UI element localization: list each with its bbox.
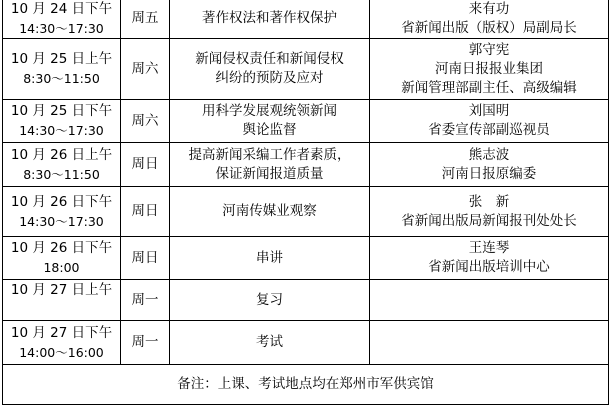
table-row: 10 月 24 日下午14:30～17:30 周五 著作权法和著作权保护 来有功… (3, 0, 609, 39)
table-row: 10 月 25 日上午8:30～11:50 周六 新闻侵权责任和新闻侵权纠纷的预… (3, 39, 609, 100)
lecturer-cell: 王连琴省新闻出版培训中心 (370, 237, 609, 280)
date-cell: 10 月 27 日下午14:00～16:00 (3, 321, 121, 365)
lecturer-cell: 郭守宪河南日报报业集团新闻管理部副主任、高级编辑 (370, 39, 609, 100)
date-cell: 10 月 26 日下午14:30～17:30 (3, 187, 121, 237)
weekday-cell: 周六 (121, 100, 170, 143)
table-row: 10 月 26 日下午14:30～17:30 周日 河南传媒业观察 张 新省新闻… (3, 187, 609, 237)
lecturer-cell (370, 280, 609, 321)
table-row: 10 月 26 日上午8:30～11:50 周日 提高新闻采编工作者素质，保证新… (3, 143, 609, 187)
weekday-cell: 周五 (121, 0, 170, 39)
course-cell: 新闻侵权责任和新闻侵权纠纷的预防及应对 (170, 39, 370, 100)
venue-note: 备注：上课、考试地点均在郑州市军供宾馆 (3, 365, 609, 405)
lecturer-cell (370, 321, 609, 365)
lecturer-title: 省新闻出版（版权）局副局长 (370, 19, 608, 38)
weekday-cell: 周六 (121, 39, 170, 100)
weekday-cell: 周一 (121, 321, 170, 365)
training-schedule-table: 10 月 24 日下午14:30～17:30 周五 著作权法和著作权保护 来有功… (2, 0, 609, 405)
time: 14:30～17:30 (3, 19, 120, 38)
table-row: 10 月 26 日下午18:00 周日 串讲 王连琴省新闻出版培训中心 (3, 237, 609, 280)
lecturer-name: 来有功 (370, 0, 608, 19)
table-row: 10 月 27 日上午 周一 复习 (3, 280, 609, 321)
course-cell: 用科学发展观统领新闻舆论监督 (170, 100, 370, 143)
lecturer-cell: 张 新省新闻出版局新闻报刊处处长 (370, 187, 609, 237)
course-cell: 串讲 (170, 237, 370, 280)
course-cell: 提高新闻采编工作者素质，保证新闻报道质量 (170, 143, 370, 187)
weekday-cell: 周日 (121, 237, 170, 280)
lecturer-cell: 来有功省新闻出版（版权）局副局长 (370, 0, 609, 39)
course-cell: 考试 (170, 321, 370, 365)
date-cell: 10 月 26 日下午18:00 (3, 237, 121, 280)
date-cell: 10 月 24 日下午14:30～17:30 (3, 0, 121, 39)
course-cell: 复习 (170, 280, 370, 321)
weekday-cell: 周日 (121, 187, 170, 237)
date-cell: 10 月 27 日上午 (3, 280, 121, 321)
table-row: 10 月 27 日下午14:00～16:00 周一 考试 (3, 321, 609, 365)
course-cell: 著作权法和著作权保护 (170, 0, 370, 39)
weekday-cell: 周一 (121, 280, 170, 321)
table-row: 10 月 25 日下午14:30～17:30 周六 用科学发展观统领新闻舆论监督… (3, 100, 609, 143)
lecturer-cell: 刘国明省委宣传部副巡视员 (370, 100, 609, 143)
lecturer-cell: 熊志波河南日报原编委 (370, 143, 609, 187)
note-row: 备注：上课、考试地点均在郑州市军供宾馆 (3, 365, 609, 405)
weekday-cell: 周日 (121, 143, 170, 187)
date: 10 月 24 日下午 (3, 0, 120, 19)
course-cell: 河南传媒业观察 (170, 187, 370, 237)
date-cell: 10 月 25 日下午14:30～17:30 (3, 100, 121, 143)
date-cell: 10 月 26 日上午8:30～11:50 (3, 143, 121, 187)
date-cell: 10 月 25 日上午8:30～11:50 (3, 39, 121, 100)
